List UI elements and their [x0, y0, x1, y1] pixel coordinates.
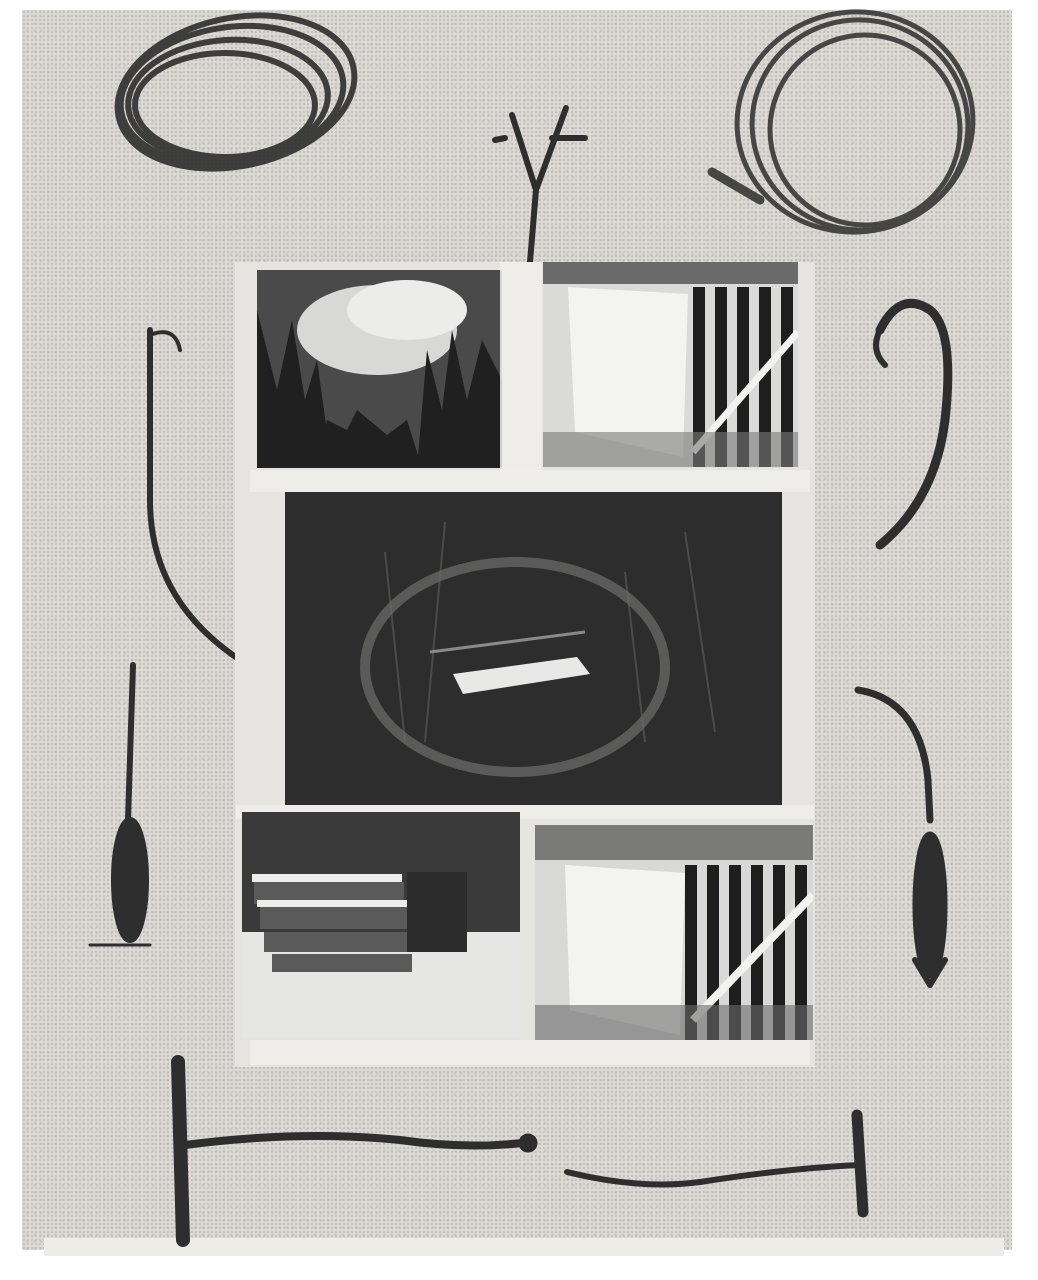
- t-mark-bottom-right: [567, 1115, 863, 1212]
- photo-top-right-panel: [543, 262, 798, 467]
- photo-bottom-right-panel: [535, 825, 813, 1040]
- branch-mark-top-center: [495, 108, 585, 262]
- t-mark-bottom-left: [178, 1062, 537, 1240]
- photo-center-oval-slab: [285, 492, 782, 805]
- hook-mark-right: [876, 303, 948, 545]
- scribble-circle-top-right: [712, 0, 985, 247]
- tape-strip: [250, 470, 810, 492]
- photo-bottom-left-steps: [242, 812, 520, 1038]
- hook-mark-left: [150, 330, 248, 660]
- photo-top-left-trees: [257, 270, 502, 468]
- plumb-mark-left: [90, 665, 150, 945]
- scribble-circle-top-left: [103, 0, 369, 189]
- tape-strip: [500, 262, 542, 472]
- tape-strip: [250, 1040, 810, 1065]
- plumb-mark-right: [858, 690, 945, 985]
